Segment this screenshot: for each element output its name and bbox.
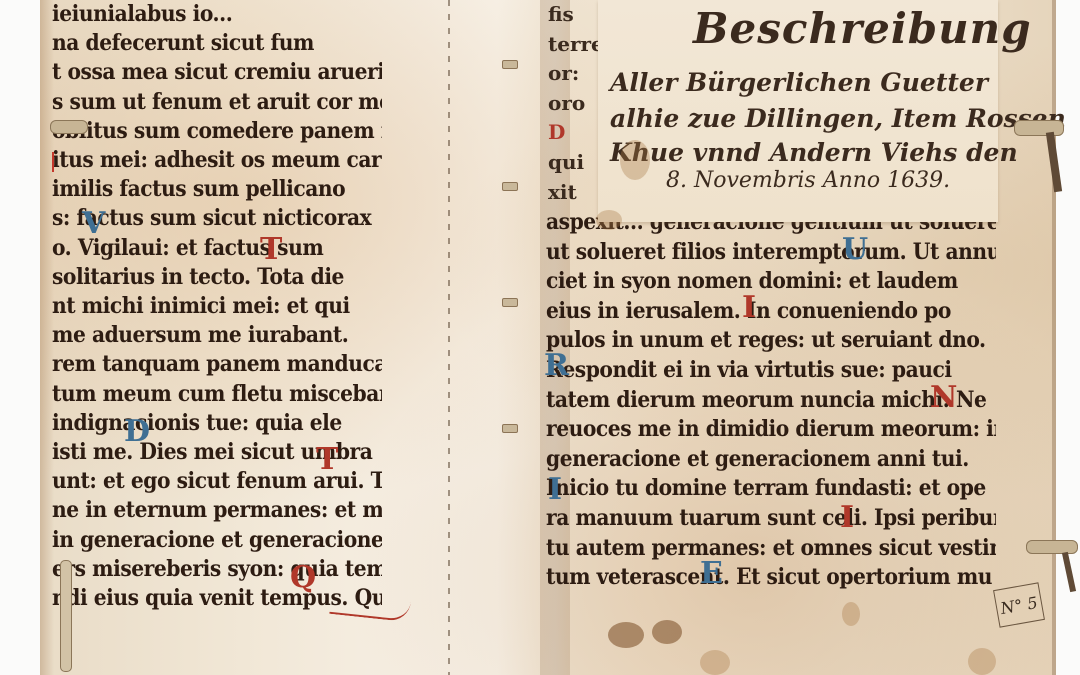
text-line: isti me. Dies mei sicut umbra xyxy=(52,438,356,467)
text-line: tum meum cum fletu miscebam xyxy=(52,380,356,409)
initial-blue: R xyxy=(544,348,569,383)
right-margin-fragments: fis terrei or: oro D qui xit xyxy=(548,0,598,207)
sewing-stitch xyxy=(502,182,518,191)
text-line: in generacione et generacione. xyxy=(52,526,356,555)
initial-red: I xyxy=(742,290,756,325)
label-line: Khue vnnd Andern Viehs den xyxy=(610,138,1018,167)
text-line: rem tanquam panem manduca xyxy=(52,350,356,379)
initial-blue: I xyxy=(548,472,562,507)
spine-sewing-holes xyxy=(448,0,450,675)
text-line: generacione et generacionem anni tui. xyxy=(546,445,960,475)
text-line: unt: et ego sicut fenum arui. Tu xyxy=(52,467,356,496)
initial-red: I xyxy=(840,500,854,535)
leather-tie xyxy=(1026,540,1078,554)
leather-tie xyxy=(1014,120,1064,136)
text-line: itus mei: adhesit os meum car xyxy=(52,146,356,175)
text-line: reuoces me in dimidio dierum meorum: in xyxy=(546,415,960,445)
label-line: Aller Bürgerlichen Guetter xyxy=(610,68,988,97)
ink-stain xyxy=(652,620,682,644)
fragment: or: xyxy=(548,59,598,89)
initial-blue: D xyxy=(124,414,150,449)
leather-tie-strip xyxy=(60,560,72,672)
text-line: solitarius in tecto. Tota die xyxy=(52,263,356,292)
initial-blue: U xyxy=(842,232,868,267)
text-line: oblitus sum comedere panem meu. xyxy=(52,117,356,146)
text-line: tum veterascent. Et sicut opertorium mu xyxy=(546,563,960,593)
text-line: t ossa mea sicut cremiu aruerit. xyxy=(52,58,356,87)
sewing-stitch xyxy=(502,298,518,307)
water-stain xyxy=(842,602,860,626)
water-stain xyxy=(700,650,730,675)
ink-stain xyxy=(608,622,644,648)
text-line: tatem dierum meorum nuncia michi. Ne xyxy=(546,386,960,416)
text-line: pulos in unum et reges: ut seruiant dno. xyxy=(546,326,960,356)
fragment: fis xyxy=(548,0,598,30)
text-line: na defecerunt sicut fum xyxy=(52,29,356,58)
label-line: alhie zue Dillingen, Item Rossen xyxy=(610,104,1066,133)
archival-label: Beschreibung Aller Bürgerlichen Guetter … xyxy=(598,0,998,222)
text-line: ne in eternum permanes: et memo xyxy=(52,496,356,525)
text-line: ra manuum tuarum sunt celi. Ipsi peribun… xyxy=(546,504,960,534)
text-line: ut solueret filios interemptorum. Ut ann… xyxy=(546,238,960,268)
water-stain xyxy=(596,210,622,230)
text-line: s sum ut fenum et aruit cor me xyxy=(52,88,356,117)
fragment: oro xyxy=(548,89,598,119)
text-line: imilis factus sum pellicano xyxy=(52,175,356,204)
water-stain xyxy=(620,140,650,180)
sewing-stitch xyxy=(502,60,518,69)
initial-red: Q xyxy=(290,560,316,595)
sewing-stitch xyxy=(502,424,518,433)
text-line: me aduersum me iurabant. xyxy=(52,321,356,350)
label-date: 8. Novembris Anno 1639. xyxy=(666,168,950,193)
shelfmark: N° 5 xyxy=(993,582,1045,627)
leather-tie-end xyxy=(1062,552,1076,592)
leather-tie xyxy=(50,120,88,134)
fragment: qui xyxy=(548,148,598,178)
initial-red: T xyxy=(260,232,282,267)
fragment-initial: D xyxy=(548,118,598,148)
right-leaf-edge xyxy=(1052,0,1056,675)
text-line: tu autem permanes: et omnes sicut vestim… xyxy=(546,534,960,564)
text-line: indignacionis tue: quia ele xyxy=(52,409,356,438)
initial-red: N xyxy=(930,380,957,415)
text-line: Respondit ei in via virtutis sue: pauci xyxy=(546,356,960,386)
initial-blue: E xyxy=(700,556,723,591)
text-line: nt michi inimici mei: et qui xyxy=(52,292,356,321)
initial-red: T xyxy=(316,442,338,477)
manuscript-photo: ieiunialabus io... na defecerunt sicut f… xyxy=(0,0,1080,675)
text-line: Inicio tu domine terram fundasti: et ope xyxy=(546,474,960,504)
right-text-column: aspexit... generacione gentium ut soluer… xyxy=(546,208,996,593)
fragment: terrei xyxy=(548,30,598,60)
initial-blue: V xyxy=(82,206,105,241)
label-title: Beschreibung xyxy=(693,4,1032,53)
water-stain xyxy=(968,648,996,675)
rubric-mark xyxy=(52,152,54,172)
fragment: xit xyxy=(548,178,598,208)
left-text-column: ieiunialabus io... na defecerunt sicut f… xyxy=(52,0,382,613)
text-line: ieiunialabus io... xyxy=(52,0,356,29)
